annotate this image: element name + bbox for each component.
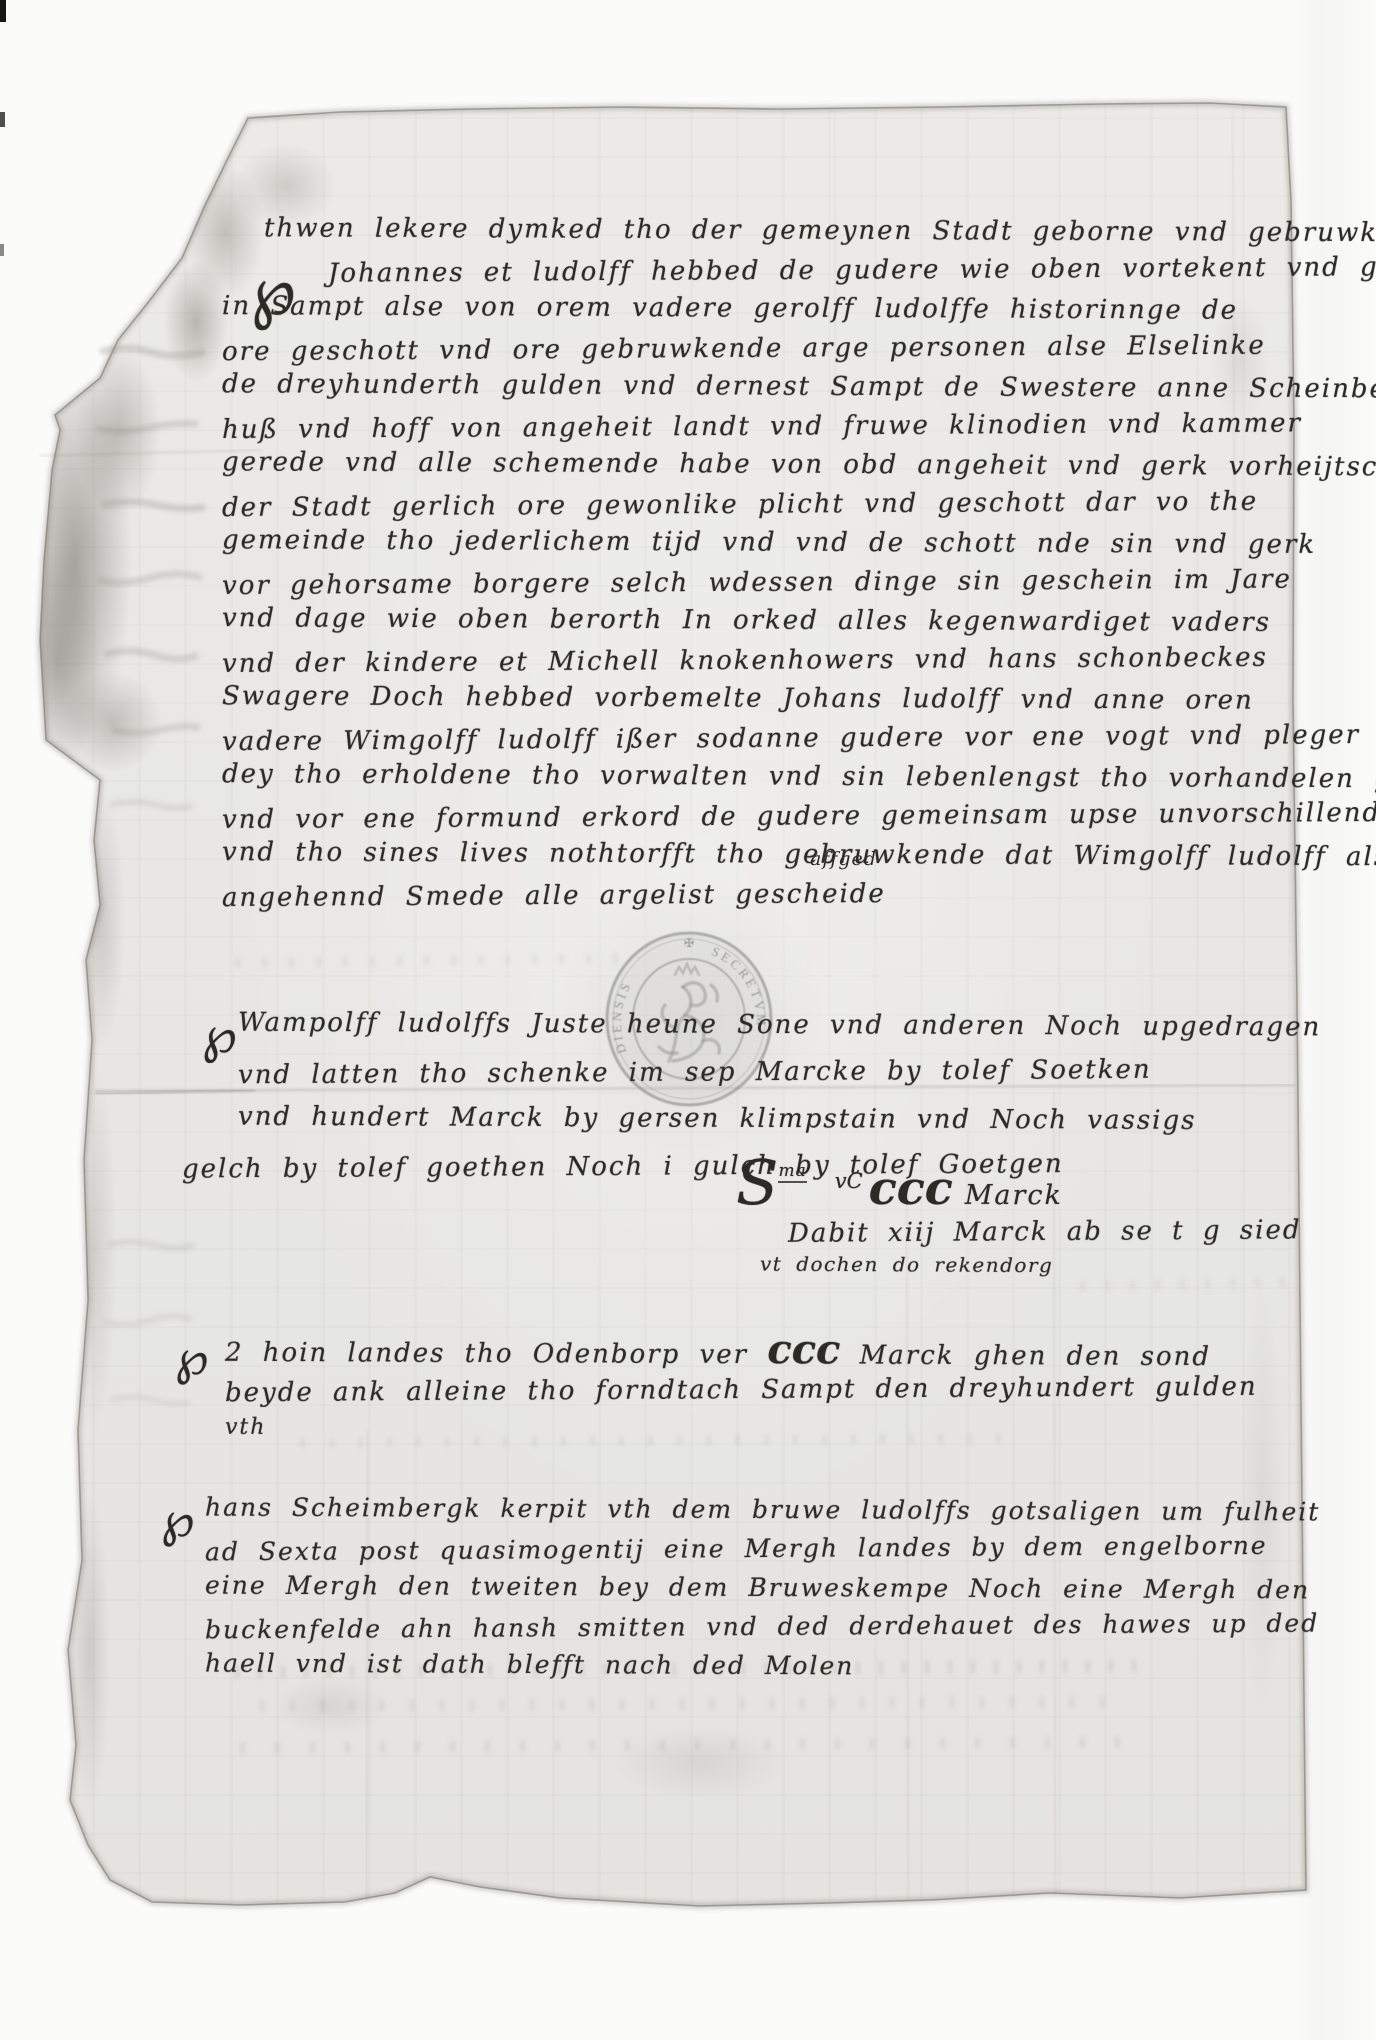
amount-hundreds: vC <box>835 1169 863 1193</box>
manuscript-line: eine Mergh den tweiten bey dem Bruweskem… <box>205 1566 1321 1610</box>
manuscript-line: angehennd Smede alle argelist gescheide <box>222 871 1376 918</box>
manuscript-line: Swagere Doch hebbed vorbemelte Johans lu… <box>222 677 1376 722</box>
line-text: 2 hoin landes tho Odenborp ver <box>225 1338 767 1370</box>
handwritten-text: ℘ thwen lekere dymked tho der gemeynen S… <box>0 0 1376 2040</box>
reference-note: vt dochen do rekendorg <box>760 1252 1302 1279</box>
manuscript-line: vth <box>225 1408 1258 1453</box>
manuscript-line: beyde ank alleine tho forndtach Sampt de… <box>225 1367 1258 1413</box>
manuscript-line: gerede vnd alle schemende habe von obd a… <box>222 443 1376 488</box>
summa-initial: S <box>736 1146 778 1219</box>
manuscript-line: de dreyhunderth gulden vnd dernest Sampt… <box>222 365 1376 410</box>
manuscript-line: Wampolff ludolffs Juste heune Sone vnd a… <box>238 1000 1321 1052</box>
manuscript-line: vnd tho sines lives nothtorfft tho gebru… <box>222 833 1376 878</box>
manuscript-line: thwen lekere dymked tho der gemeynen Sta… <box>264 209 1376 254</box>
manuscript-line: in Sampt alse von orem vadere gerolff lu… <box>222 287 1376 332</box>
manuscript-line: hans Scheimbergk kerpit vth dem bruwe lu… <box>205 1488 1321 1532</box>
amount-roman-numerals: ccc <box>767 1326 840 1373</box>
manuscript-line: vnd latten tho schenke im sep Marcke by … <box>238 1046 1321 1100</box>
entry-block-fourth: ℘ hans Scheimbergk kerpit vth dem bruwe … <box>205 1490 1320 1685</box>
manuscript-line: 2 hoin landes tho Odenborp ver ccc Marck… <box>225 1328 1258 1373</box>
manuscript-line: ad Sexta post quasimogentij eine Mergh l… <box>205 1526 1321 1572</box>
summa-abbreviation: ma <box>778 1161 806 1183</box>
manuscript-line: vnd hundert Marck by gersen klimpstain v… <box>238 1094 1321 1146</box>
entry-block-third: ℘ 2 hoin landes tho Odenborp ver ccc Mar… <box>225 1330 1258 1450</box>
entry-block-principal: ℘ thwen lekere dymked tho der gemeynen S… <box>222 212 1376 914</box>
manuscript-line: gemeinde tho jederlichem tijd vnd vnd de… <box>222 521 1376 566</box>
sum-total-line: SmavCcccMarck <box>736 1146 1301 1219</box>
sum-annotation: SmavCcccMarck Dabit xiij Marck ab se t g… <box>736 1146 1301 1277</box>
manuscript-line: haell vnd ist dath blefft nach ded Molen <box>205 1644 1321 1688</box>
paragraph-mark: ℘ <box>175 1330 208 1386</box>
manuscript-line: dey tho erholdene tho vorwalten vnd sin … <box>222 755 1376 800</box>
paragraph-mark: ℘ <box>161 1492 194 1548</box>
amount-roman-numerals: ccc <box>869 1161 953 1215</box>
paragraph-mark: ℘ <box>202 1006 237 1064</box>
interlinear-insertion: affged <box>810 848 877 870</box>
manuscript-line: vnd dage wie oben berorth In orked alles… <box>222 599 1376 644</box>
manuscript-line: buckenfelde ahn hansh smitten vnd ded de… <box>205 1604 1321 1650</box>
scanned-manuscript: { "page": { "background": "#fbfbfa", "pa… <box>0 0 1376 2040</box>
dabit-line: Dabit xiij Marck ab se t g sied <box>788 1215 1302 1249</box>
manuscript-line: Johannes et ludolff hebbed de gudere wie… <box>328 247 1376 293</box>
currency-unit: Marck <box>965 1180 1063 1211</box>
